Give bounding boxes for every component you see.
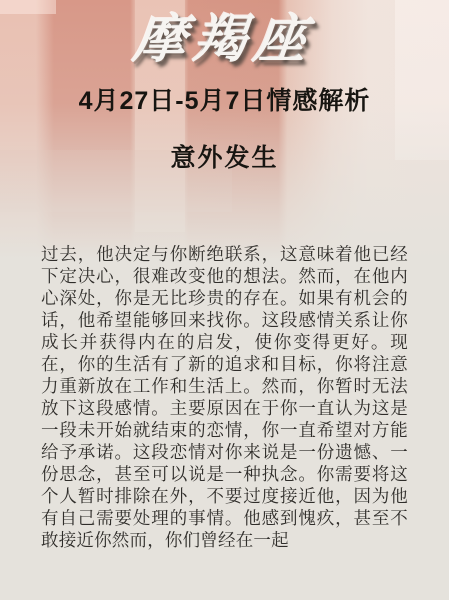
analysis-paragraph: 过去，他决定与你断绝联系，这意味着他已经下定决心，很难改变他的想法。然而，在他内…	[0, 243, 449, 551]
card-content: 摩羯座 4月27日-5月7日情感解析 意外发生 过去，他决定与你断绝联系，这意味…	[0, 0, 449, 600]
section-heading: 意外发生	[0, 143, 449, 173]
date-range-subtitle: 4月27日-5月7日情感解析	[0, 86, 449, 116]
horoscope-card: 摩羯座 4月27日-5月7日情感解析 意外发生 过去，他决定与你断绝联系，这意味…	[0, 0, 449, 600]
zodiac-title: 摩羯座	[0, 0, 449, 72]
